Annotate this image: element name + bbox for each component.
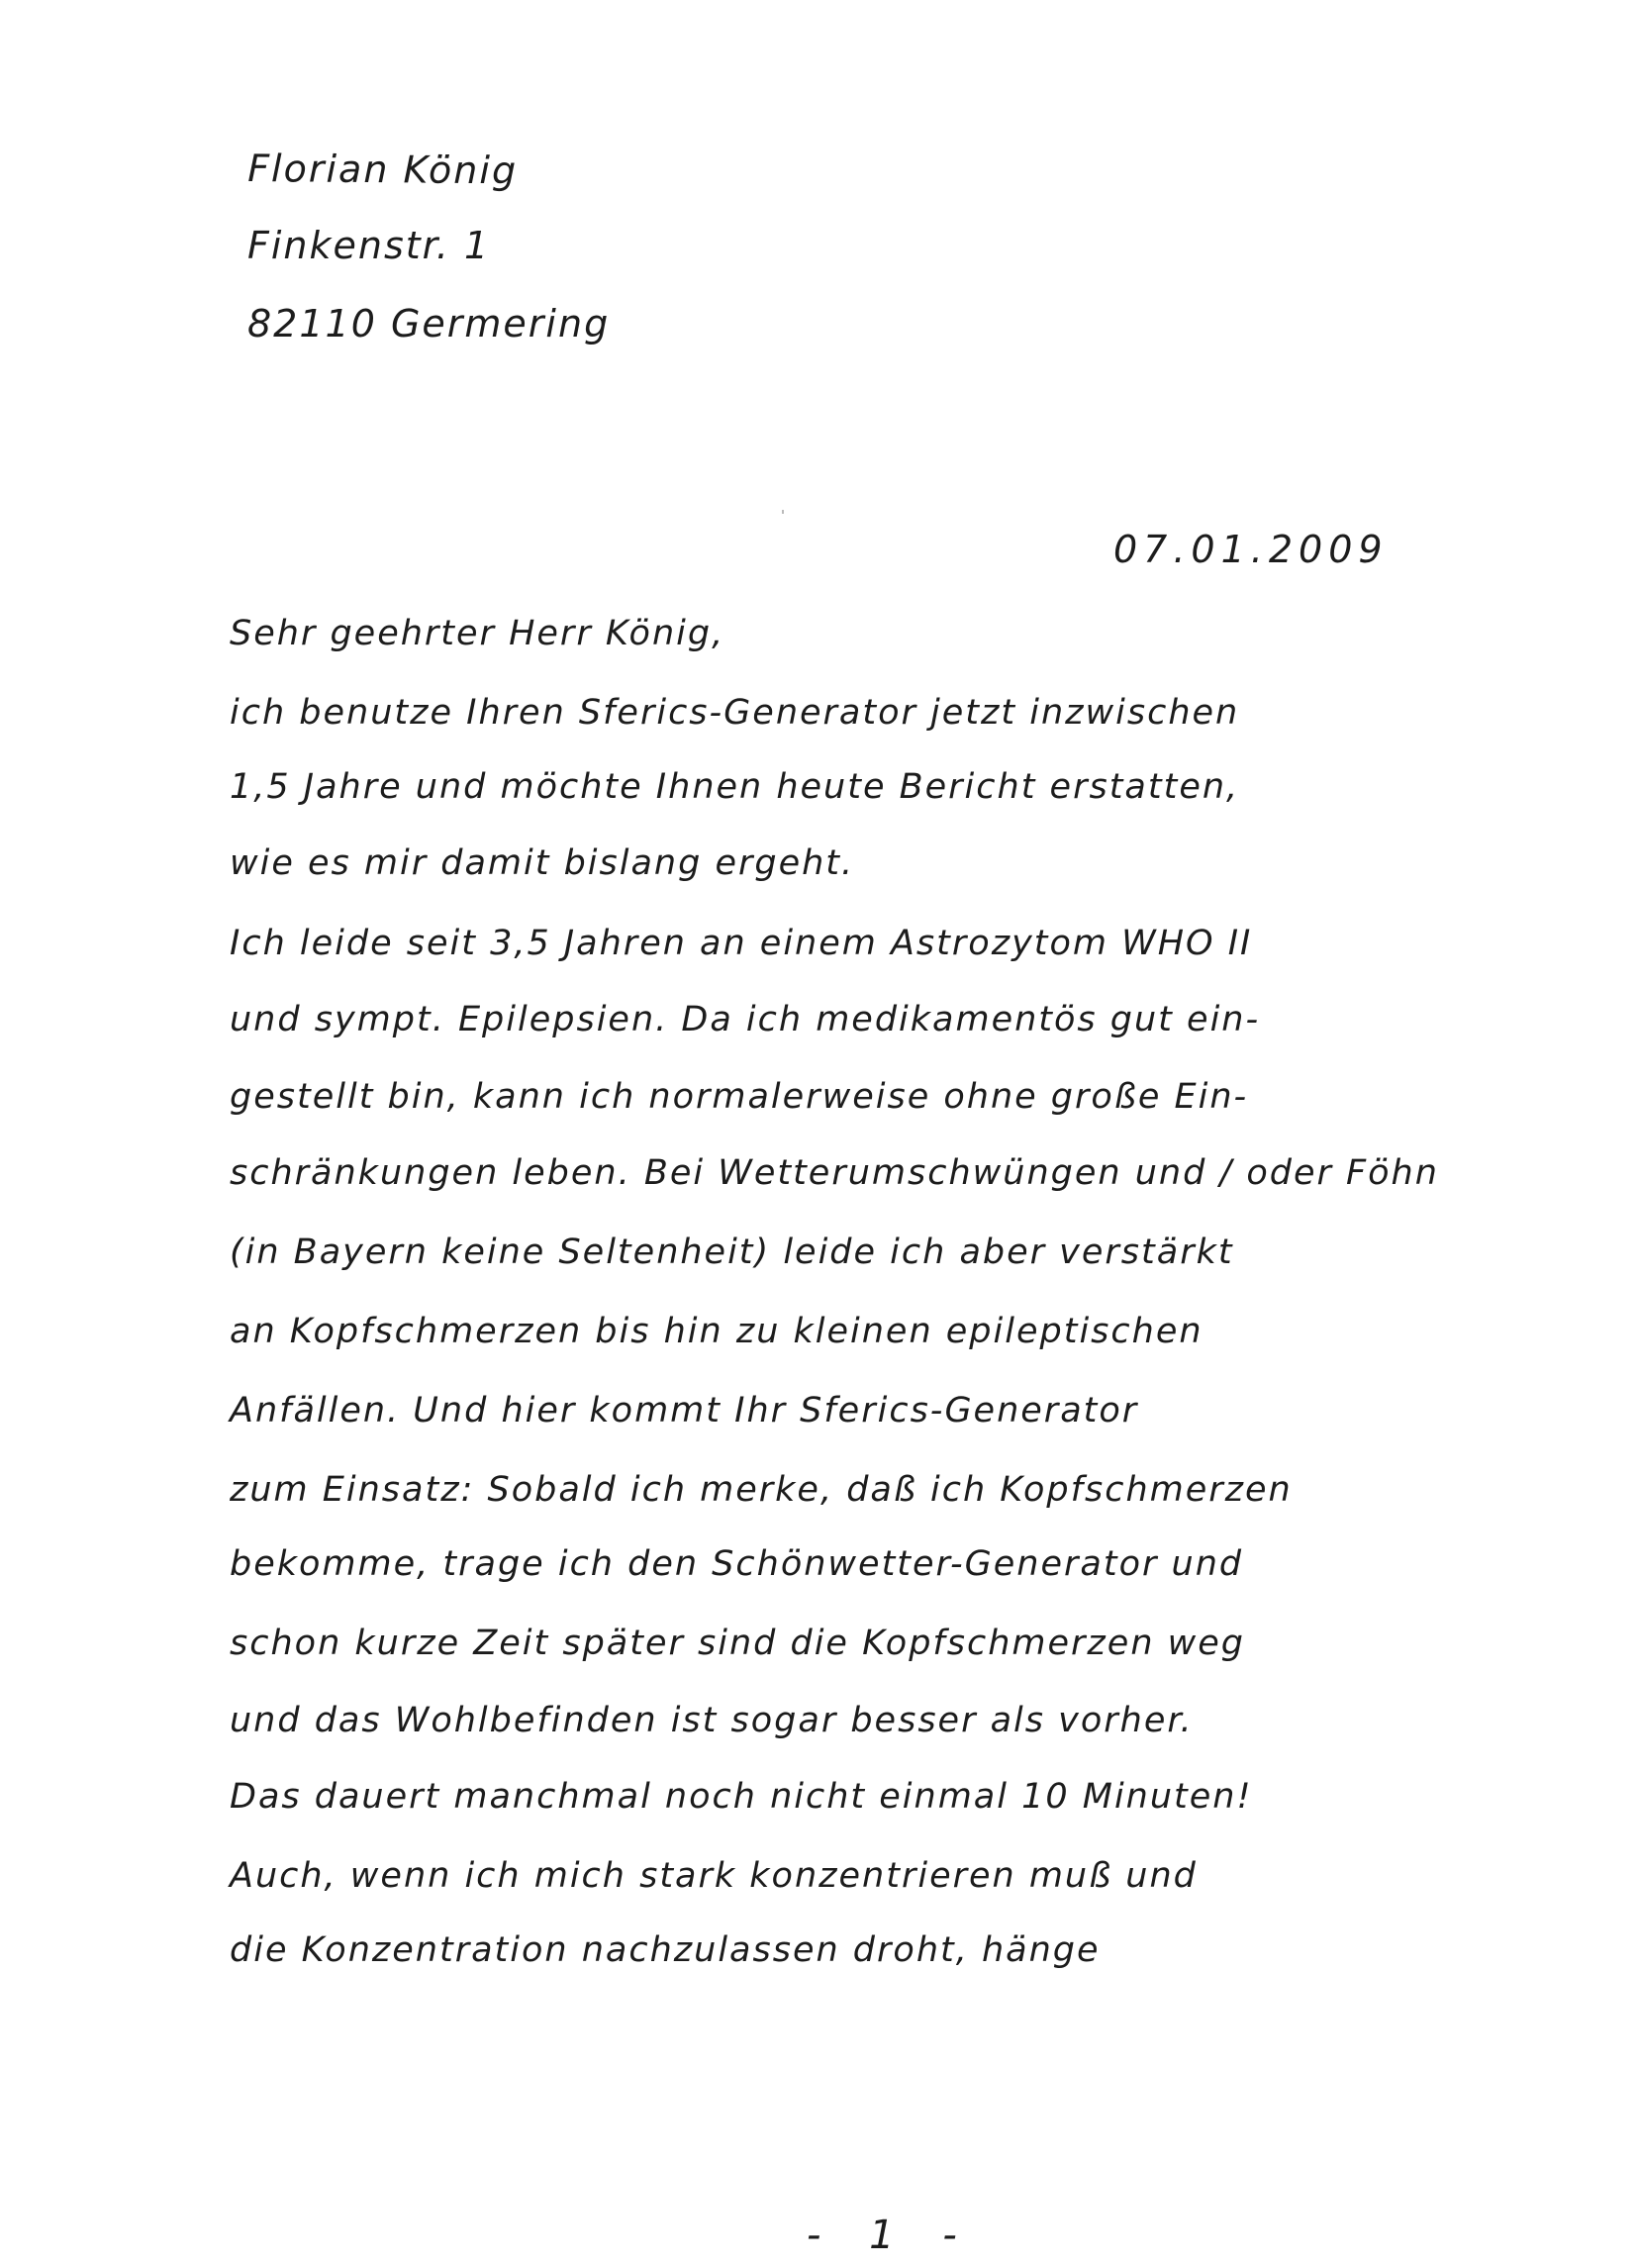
body-line: wie es mir damit bislang ergeht. [230,843,854,883]
sender-street: Finkenstr. 1 [247,224,490,267]
body-line: und das Wohlbefinden ist sogar besser al… [230,1701,1194,1740]
body-line: an Kopfschmerzen bis hin zu kleinen epil… [230,1312,1204,1351]
body-line: und sympt. Epilepsien. Da ich medikament… [230,1000,1260,1039]
handwritten-letter-page: Florian König Finkenstr. 1 82110 Germeri… [0,0,1637,2268]
body-line: Ich leide seit 3,5 Jahren an einem Astro… [230,924,1252,963]
salutation: Sehr geehrter Herr König, [230,614,724,653]
body-line: schon kurze Zeit später sind die Kopfsch… [230,1624,1245,1663]
body-line: zum Einsatz: Sobald ich merke, daß ich K… [230,1470,1293,1510]
body-line: gestellt bin, kann ich normalerweise ohn… [230,1077,1248,1117]
body-line: Auch, wenn ich mich stark konzentrieren … [230,1856,1198,1896]
body-line: (in Bayern keine Seltenheit) leide ich a… [230,1233,1234,1272]
body-line: Das dauert manchmal noch nicht einmal 10… [230,1777,1253,1817]
sender-city: 82110 Germering [247,302,610,345]
body-line: 1,5 Jahre und möchte Ihnen heute Bericht… [230,767,1239,807]
body-line: bekomme, trage ich den Schönwetter-Gener… [230,1544,1243,1584]
sender-name: Florian König [247,147,518,192]
paper-speck [782,510,784,514]
page-number: - 1 - [807,2213,975,2258]
body-line: Anfällen. Und hier kommt Ihr Sferics-Gen… [230,1391,1138,1430]
body-line: schränkungen leben. Bei Wetterumschwünge… [230,1153,1439,1193]
body-line: ich benutze Ihren Sferics-Generator jetz… [230,693,1239,733]
letter-date: 07.01.2009 [1113,528,1389,571]
body-line: die Konzentration nachzulassen droht, hä… [230,1930,1101,1970]
